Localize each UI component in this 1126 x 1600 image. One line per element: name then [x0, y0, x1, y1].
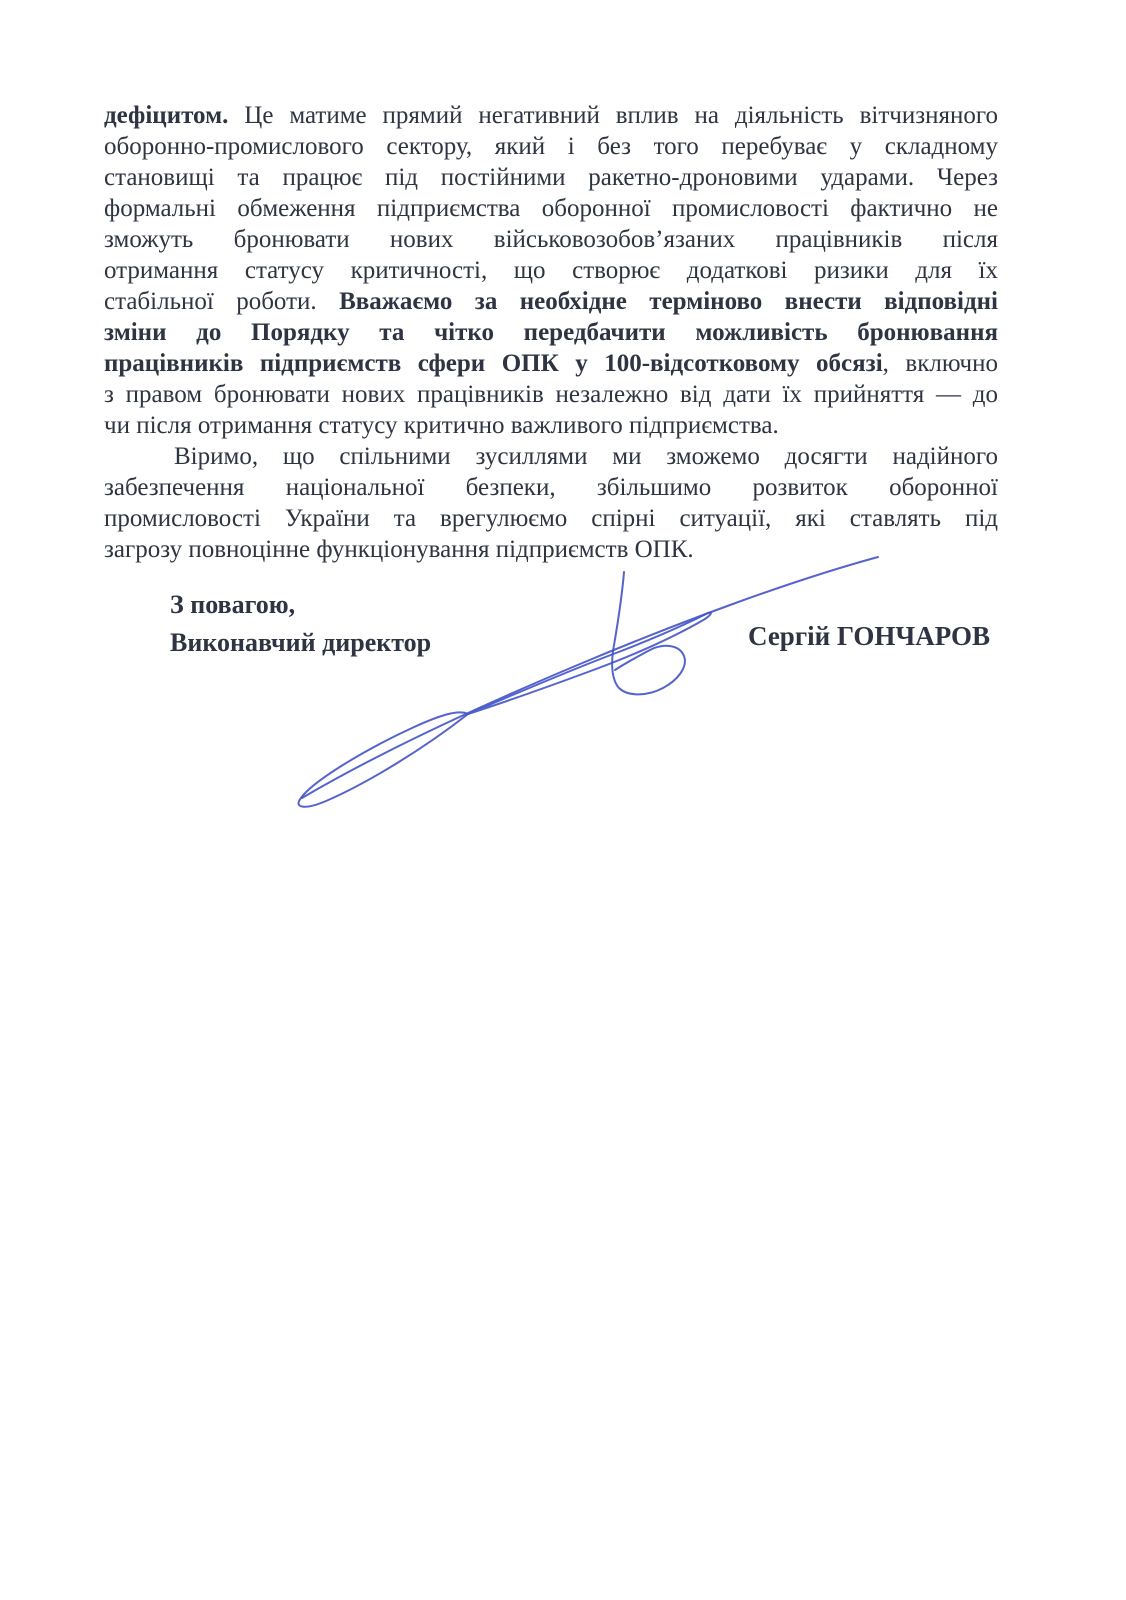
text-line: промисловості України та врегулюємо спір… [104, 503, 998, 534]
text-line: зміни до Порядку та чітко передбачити мо… [104, 317, 998, 348]
signature-stroke [468, 612, 711, 714]
text-segment: становищі та працює під постійними ракет… [104, 164, 998, 191]
text-line: становищі та працює під постійними ракет… [104, 162, 998, 193]
text-line: працівників підприємств сфери ОПК у 100-… [104, 348, 998, 379]
text-line: Віримо, що спільними зусиллями ми зможем… [104, 441, 998, 472]
text-segment: формальні обмеження підприємства оборонн… [104, 195, 998, 222]
signature [280, 545, 890, 825]
text-segment: чи після отримання статусу критично важл… [104, 412, 779, 439]
letter-body: дефіцитом. Це матиме прямий негативний в… [104, 100, 998, 565]
text-segment: з правом бронювати нових працівників нез… [104, 381, 998, 408]
signature-stroke [299, 712, 468, 806]
text-line: оборонно-промислового сектору, який і бе… [104, 131, 998, 162]
text-segment: Віримо, що спільними зусиллями ми зможем… [174, 443, 998, 470]
text-line: стабільної роботи. Вважаємо за необхідне… [104, 286, 998, 317]
text-segment: Це матиме прямий негативний вплив на дія… [244, 102, 998, 129]
text-line: зможуть бронювати нових військовозобов’я… [104, 224, 998, 255]
text-line: з правом бронювати нових працівників нез… [104, 379, 998, 410]
text-line: отримання статусу критичності, що створю… [104, 255, 998, 286]
text-segment: оборонно-промислового сектору, який і бе… [104, 133, 998, 160]
text-line: забезпечення національної безпеки, збіль… [104, 472, 998, 503]
letter-page: дефіцитом. Це матиме прямий негативний в… [0, 0, 1126, 1600]
text-line: формальні обмеження підприємства оборонн… [104, 193, 998, 224]
text-segment: дефіцитом. [104, 102, 244, 129]
text-segment: , включно [883, 350, 998, 377]
text-segment: забезпечення національної безпеки, збіль… [104, 474, 998, 501]
signature-stroke [612, 572, 685, 694]
text-segment: отримання статусу критичності, що створю… [104, 257, 998, 284]
signature-stroke [302, 557, 878, 798]
text-segment: стабільної роботи. [104, 288, 339, 315]
text-segment: промисловості України та врегулюємо спір… [104, 505, 998, 532]
text-segment: зміни до Порядку та чітко передбачити мо… [104, 319, 998, 346]
text-segment: зможуть бронювати нових військовозобов’я… [104, 226, 998, 253]
text-line: чи після отримання статусу критично важл… [104, 410, 998, 441]
text-line: дефіцитом. Це матиме прямий негативний в… [104, 100, 998, 131]
text-segment: Вважаємо за необхідне терміново внести в… [339, 288, 998, 315]
text-segment: працівників підприємств сфери ОПК у 100-… [104, 350, 883, 377]
